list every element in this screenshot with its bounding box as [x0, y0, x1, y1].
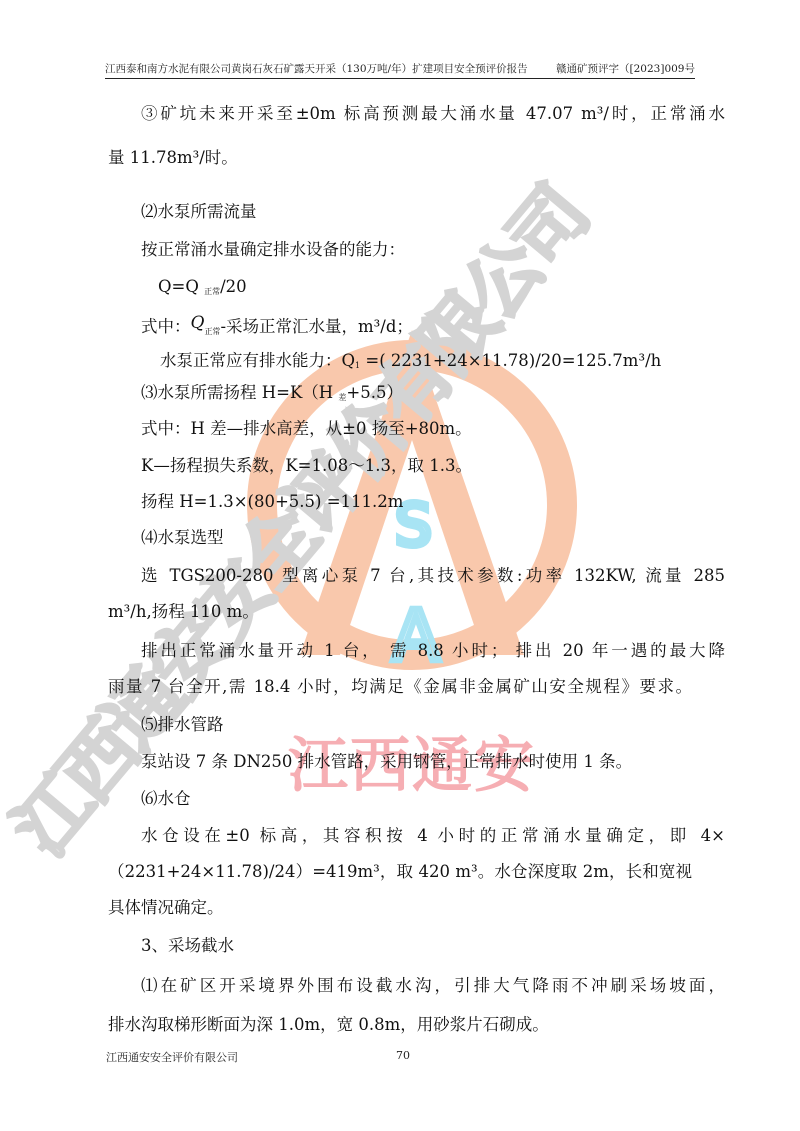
paragraph-line: 具体情况确定。	[108, 894, 692, 922]
paragraph-line: 扬程 H=1.3×(80+5.5) =111.2m	[108, 488, 725, 516]
paragraph-line: 泵站设 7 条 DN250 排水管路，采用钢管，正常排水时使用 1 条。	[108, 748, 725, 776]
paragraph-line: m³/h,扬程 110 m。	[108, 598, 692, 626]
section-heading: ⑹水仓	[108, 785, 725, 813]
paragraph-line: 排出正常涌水量开动 1 台， 需 8.8 小时； 排出 20 年一遇的最大降	[108, 637, 725, 665]
paragraph-line: 雨量 7 台全开,需 18.4 小时，均满足《金属非金属矿山安全规程》要求。	[108, 673, 692, 701]
section-heading: ⑶水泵所需扬程 H=K（H 差+5.5）	[108, 379, 725, 407]
formula-line: 水泵正常应有排水能力：Q1 =( 2231+24×11.78)/20=125.7…	[108, 347, 744, 375]
header-report-number: 赣通矿预评字（[2023]009号	[556, 61, 695, 76]
header-divider	[105, 78, 695, 79]
paragraph-line: 式中：H 差—排水高差，从±0 扬至+80m。	[108, 415, 725, 443]
paragraph-line: 水仓设在±0 标高，其容积按 4 小时的正常涌水量确定，即 4×	[108, 822, 725, 850]
section-heading: 3、采场截水	[108, 932, 725, 960]
paragraph-line: 量 11.78m³/时。	[108, 144, 692, 172]
paragraph-line: 按正常涌水量确定排水设备的能力：	[108, 236, 725, 264]
page-footer: 江西通安安全评价有限公司 70	[106, 1049, 696, 1065]
page-number: 70	[396, 1049, 410, 1062]
document-page: S A 江西通安 江西通安安全评价有限公司 江西泰和南方水泥有限公司黄岗石灰石矿…	[0, 0, 800, 1131]
paragraph-line: ③矿坑未来开采至±0m 标高预测最大涌水量 47.07 m³/时，正常涌水	[108, 100, 725, 128]
section-heading: ⑷水泵选型	[108, 524, 725, 552]
formula-line: Q=Q 正常/20	[108, 273, 742, 301]
page-header: 江西泰和南方水泥有限公司黄岗石灰石矿露天开采（130万吨/年）扩建项目安全预评价…	[105, 56, 695, 76]
section-heading: ⑵水泵所需流量	[108, 198, 725, 226]
paragraph-line: K—扬程损失系数，K=1.08～1.3，取 1.3。	[108, 452, 725, 480]
footer-company: 江西通安安全评价有限公司	[106, 1051, 238, 1064]
paragraph-line: 排水沟取梯形断面为深 1.0m，宽 0.8m，用砂浆片石砌成。	[108, 1011, 692, 1039]
paragraph-line: ⑴在矿区开采境界外围布设截水沟，引排大气降雨不冲刷采场坡面，	[108, 972, 725, 1000]
section-heading: ⑸排水管路	[108, 711, 725, 739]
paragraph-line: 选 TGS200-280 型离心泵 7 台,其技术参数:功率 132KW, 流量…	[108, 562, 725, 590]
paragraph-line: （2231+24×11.78)/24）=419m³，取 420 m³。水仓深度取…	[108, 858, 692, 886]
header-report-title: 江西泰和南方水泥有限公司黄岗石灰石矿露天开采（130万吨/年）扩建项目安全预评价…	[105, 61, 528, 76]
formula-definition: 式中：Q正常-采场正常汇水量，m³/d；	[108, 309, 725, 341]
